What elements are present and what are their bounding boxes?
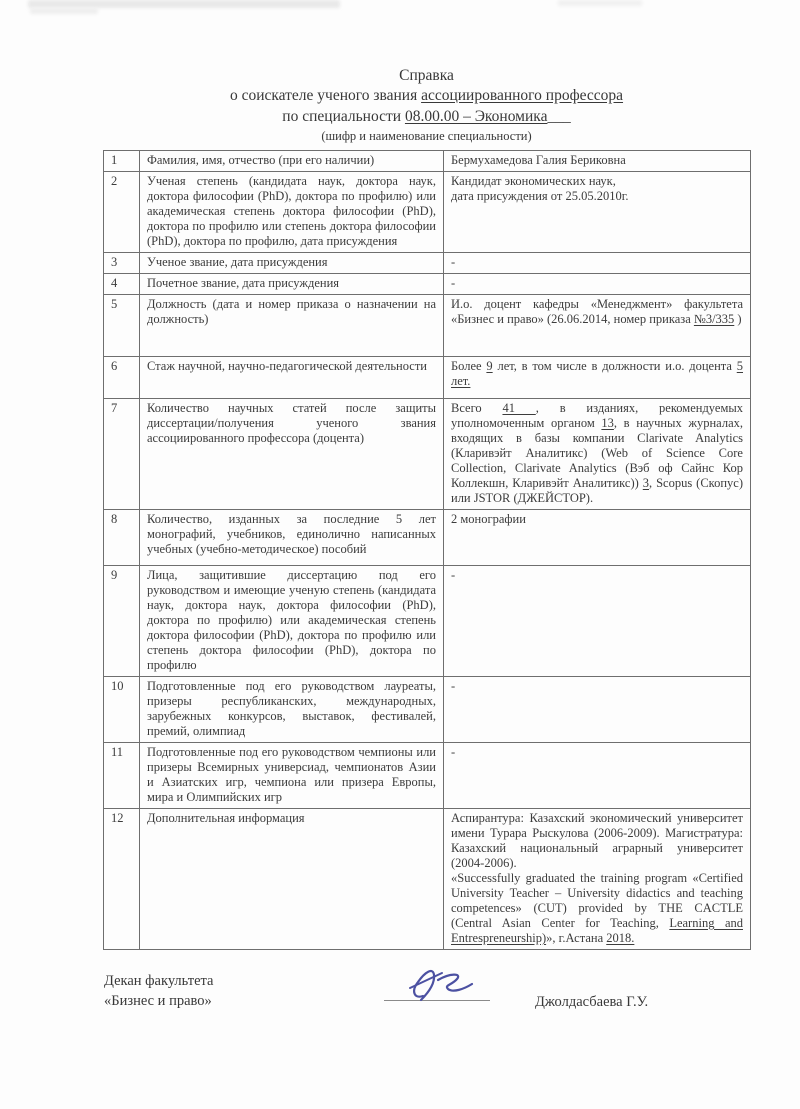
text: Должность (дата и номер приказа о назнач… [147, 297, 436, 326]
row-value-cell: - [444, 252, 751, 273]
scanned-document: Справка о соискателе ученого звания ассо… [103, 66, 750, 1061]
row-label-cell: Лица, защитившие диссертацию под его рук… [140, 565, 444, 676]
text: Почетное звание, дата присуждения [147, 276, 339, 290]
row-value-cell: - [444, 676, 751, 742]
row-label-cell: Почетное звание, дата присуждения [140, 273, 444, 294]
table-row: 12Дополнительная информацияАспирантура: … [104, 808, 751, 949]
text: - [451, 276, 455, 290]
title-line-1: Справка [103, 66, 750, 86]
text: Фамилия, имя, отчество (при его наличии) [147, 153, 374, 167]
row-value-cell: Более 9 лет, в том числе в должности и.о… [444, 356, 751, 398]
table-row: 1Фамилия, имя, отчество (при его наличии… [104, 150, 751, 171]
text: дата присуждения от 25.05.2010г. [451, 189, 629, 203]
title-line-2-underlined: ассоциированного профессора [421, 87, 623, 104]
signature-area [384, 960, 496, 1001]
row-label-cell: Подготовленные под его руководством лаур… [140, 676, 444, 742]
table-row: 2Ученая степень (кандидата наук, доктора… [104, 171, 751, 252]
row-number-cell: 7 [104, 398, 140, 509]
row-label-cell: Ученая степень (кандидата наук, доктора … [140, 171, 444, 252]
table-row: 6Стаж научной, научно-педагогической дея… [104, 356, 751, 398]
text: - [451, 568, 455, 582]
scan-artifact [28, 0, 340, 8]
table-row: 10Подготовленные под его руководством ла… [104, 676, 751, 742]
text: Подготовленные под его руководством лаур… [147, 679, 436, 738]
text: Кандидат экономических наук, [451, 174, 616, 188]
row-label-cell: Подготовленные под его руководством чемп… [140, 742, 444, 808]
underlined-text: 13 [601, 416, 614, 430]
underlined-text: 2018. [606, 931, 634, 945]
applicant-info-table: 1Фамилия, имя, отчество (при его наличии… [103, 150, 751, 950]
table-row: 5Должность (дата и номер приказа о назна… [104, 294, 751, 356]
row-label-cell: Дополнительная информация [140, 808, 444, 949]
text: Аспирантура: Казахский экономический уни… [451, 811, 743, 870]
row-label-cell: Должность (дата и номер приказа о назнач… [140, 294, 444, 356]
row-label-cell: Количество, изданных за последние 5 лет … [140, 509, 444, 565]
dean-name: Джолдасбаева Г.У. [535, 994, 648, 1011]
title-line-3-underlined: 08.00.00 – Экономика [405, 108, 548, 125]
row-number-cell: 3 [104, 252, 140, 273]
title-line-2-prefix: о соискателе ученого звания [230, 87, 421, 104]
row-value-cell: Аспирантура: Казахский экономический уни… [444, 808, 751, 949]
document-title: Справка о соискателе ученого звания ассо… [103, 66, 750, 145]
row-value-cell: - [444, 565, 751, 676]
table-row: 3Ученое звание, дата присуждения- [104, 252, 751, 273]
row-number-cell: 6 [104, 356, 140, 398]
table-body: 1Фамилия, имя, отчество (при его наличии… [104, 150, 751, 949]
row-number-cell: 1 [104, 150, 140, 171]
scan-artifact [558, 0, 642, 6]
row-number-cell: 8 [104, 509, 140, 565]
row-label-cell: Стаж научной, научно-педагогической деят… [140, 356, 444, 398]
row-value-cell: Всего 41 , в изданиях, рекомендуемых упо… [444, 398, 751, 509]
text: 2 монографии [451, 512, 526, 526]
row-value-cell: - [444, 273, 751, 294]
title-line-3: по специальности 08.00.00 – Экономика___ [103, 107, 750, 127]
text: Подготовленные под его руководством чемп… [147, 745, 436, 804]
text: Количество, изданных за последние 5 лет … [147, 512, 436, 556]
text: Лица, защитившие диссертацию под его рук… [147, 568, 436, 672]
text: Бермухамедова Галия Бериковна [451, 153, 626, 167]
scan-artifact [30, 8, 98, 14]
text: ) [734, 312, 741, 326]
row-number-cell: 4 [104, 273, 140, 294]
text: Ученое звание, дата присуждения [147, 255, 328, 269]
row-number-cell: 12 [104, 808, 140, 949]
text: - [451, 745, 455, 759]
underlined-text: №3/335 [694, 312, 734, 326]
underlined-text: 41 [502, 401, 535, 415]
title-line-3-suffix: ___ [547, 108, 570, 125]
row-number-cell: 11 [104, 742, 140, 808]
text: », г.Астана [546, 931, 606, 945]
row-value-cell: Бермухамедова Галия Бериковна [444, 150, 751, 171]
text: Количество научных статей после защиты д… [147, 401, 436, 445]
text: - [451, 679, 455, 693]
row-label-cell: Количество научных статей после защиты д… [140, 398, 444, 509]
dean-title-line-2: «Бизнес и право» [104, 991, 213, 1011]
text: Стаж научной, научно-педагогической деят… [147, 359, 427, 373]
row-value-cell: - [444, 742, 751, 808]
text: Более [451, 359, 486, 373]
dean-title: Декан факультета «Бизнес и право» [104, 971, 213, 1011]
row-value-cell: 2 монографии [444, 509, 751, 565]
title-line-3-prefix: по специальности [282, 108, 405, 125]
row-value-cell: И.о. доцент кафедры «Менеджмент» факульт… [444, 294, 751, 356]
text: лет, в том числе в должности и.о. доцент… [493, 359, 737, 373]
text: - [451, 255, 455, 269]
title-line-2: о соискателе ученого звания ассоциирован… [103, 86, 750, 106]
table-row: 9Лица, защитившие диссертацию под его ру… [104, 565, 751, 676]
text: Дополнительная информация [147, 811, 305, 825]
dean-title-line-1: Декан факультета [104, 971, 213, 991]
signature-block: Декан факультета «Бизнес и право» Джолда… [103, 966, 750, 1061]
text: Ученая степень (кандидата наук, доктора … [147, 174, 436, 248]
row-number-cell: 9 [104, 565, 140, 676]
table-row: 11Подготовленные под его руководством че… [104, 742, 751, 808]
text: Всего [451, 401, 502, 415]
row-value-cell: Кандидат экономических наук,дата присужд… [444, 171, 751, 252]
table-row: 7Количество научных статей после защиты … [104, 398, 751, 509]
row-label-cell: Ученое звание, дата присуждения [140, 252, 444, 273]
title-caption: (шифр и наименование специальности) [103, 128, 750, 145]
table-row: 8Количество, изданных за последние 5 лет… [104, 509, 751, 565]
row-number-cell: 10 [104, 676, 140, 742]
table-row: 4Почетное звание, дата присуждения- [104, 273, 751, 294]
row-number-cell: 2 [104, 171, 140, 252]
signature-line [384, 1000, 490, 1001]
row-label-cell: Фамилия, имя, отчество (при его наличии) [140, 150, 444, 171]
row-number-cell: 5 [104, 294, 140, 356]
